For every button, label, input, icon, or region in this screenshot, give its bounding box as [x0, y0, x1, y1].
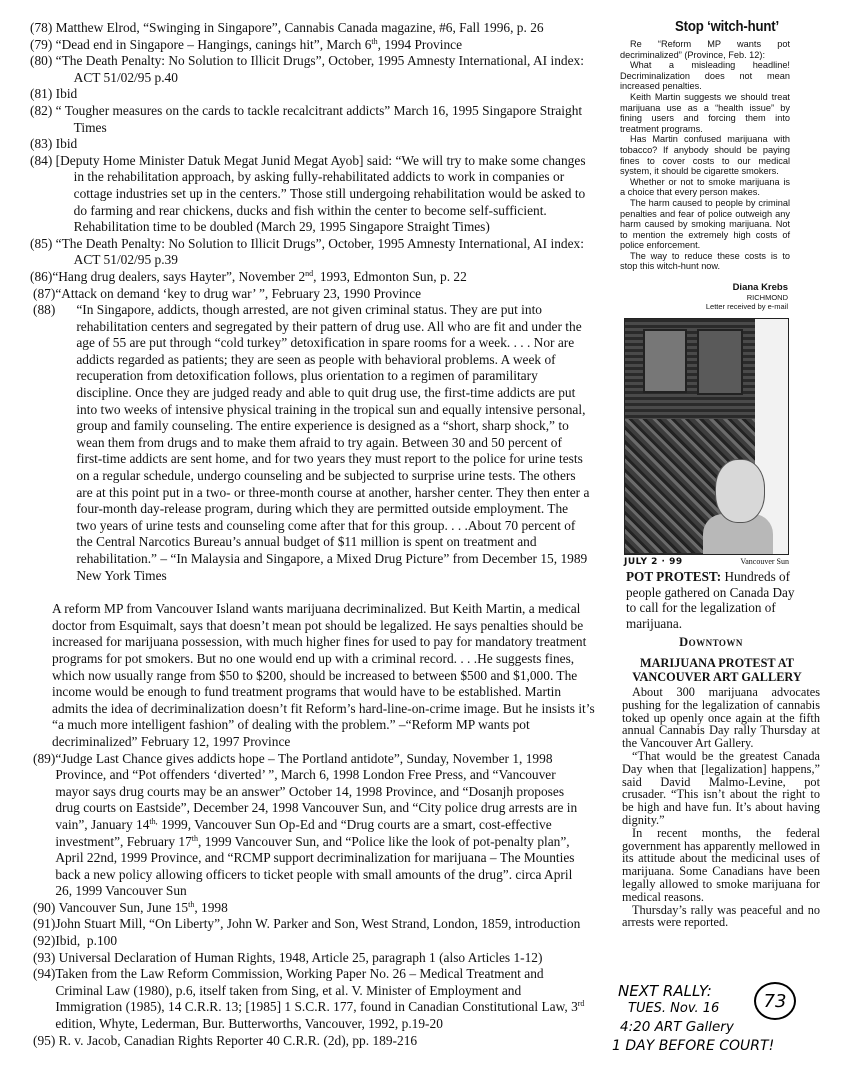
- footnotes-column: (78) Matthew Elrod, “Swinging in Singapo…: [30, 20, 590, 1049]
- letter-signature: Diana Krebs RICHMOND Letter received by …: [616, 282, 788, 311]
- protest-photo: [624, 318, 789, 555]
- handwritten-line: NEXT RALLY:: [618, 982, 712, 1000]
- footnote-text: Ibid: [56, 136, 590, 153]
- photo-credit-line: JULY 2 · 99 Vancouver Sun: [624, 557, 789, 567]
- letter-paragraph: Has Martin confused marijuana with tobac…: [620, 134, 790, 176]
- footnote-88: (88)“In Singapore, addicts, though arres…: [33, 302, 590, 584]
- footnote-number: (92): [33, 933, 55, 950]
- footnote-83: (83) Ibid: [30, 136, 590, 153]
- circled-page-number: 73: [754, 982, 796, 1020]
- footnote-78: (78) Matthew Elrod, “Swinging in Singapo…: [30, 20, 590, 37]
- handwritten-line: 1 DAY BEFORE COURT!: [612, 1038, 774, 1054]
- footnote-81: (81) Ibid: [30, 86, 590, 103]
- footnote-92: (92)Ibid, p.100: [33, 933, 590, 950]
- letter-paragraph: The way to reduce these costs is to stop…: [620, 251, 790, 272]
- article-paragraph: “That would be the greatest Canada Day w…: [622, 750, 820, 827]
- letter-paragraph: Whether or not to smoke marijuana is a c…: [620, 177, 790, 198]
- footnote-number: (89): [33, 751, 55, 900]
- ordinal-suffix: rd: [578, 999, 585, 1008]
- footnote-text: R. v. Jacob, Canadian Rights Reporter 40…: [59, 1033, 590, 1050]
- footnote-number: (79): [30, 37, 52, 54]
- author-city: RICHMOND: [616, 293, 788, 302]
- letter-source: Letter received by e-mail: [616, 302, 788, 311]
- footnote-text: Taken from the Law Reform Commission, Wo…: [55, 966, 590, 1032]
- footnote-93: (93) Universal Declaration of Human Righ…: [33, 950, 590, 967]
- footnote-90: (90) Vancouver Sun, June 15th, 1998: [33, 900, 590, 917]
- section-label: Downtown: [616, 635, 806, 650]
- caption-lead: POT PROTEST:: [626, 569, 721, 584]
- footnote-text: “In Singapore, addicts, though arrested,…: [55, 302, 590, 584]
- footnote-number: (88): [33, 302, 55, 584]
- author-name: Diana Krebs: [616, 282, 788, 293]
- footnote-text: “Attack on demand ‘key to drug war’ ”, F…: [55, 286, 590, 303]
- letter-paragraph: Keith Martin suggests we should treat ma…: [620, 92, 790, 134]
- footnote-79: (79) “Dead end in Singapore – Hangings, …: [30, 37, 590, 54]
- footnote-text-part: , 1998: [194, 900, 227, 915]
- footnote-text-part: Vancouver Sun, June 15: [55, 900, 188, 915]
- footnote-text: Ibid: [56, 86, 590, 103]
- footnote-number: (84): [30, 153, 52, 236]
- footnote-95: (95) R. v. Jacob, Canadian Rights Report…: [33, 1033, 590, 1050]
- photo-caption: POT PROTEST: Hundreds of people gathered…: [626, 569, 796, 631]
- footnote-80: (80) “The Death Penalty: No Solution to …: [30, 53, 590, 86]
- handwritten-line: TUES. Nov. 16: [628, 1001, 719, 1016]
- quoted-paragraph: A reform MP from Vancouver Island wants …: [52, 601, 597, 750]
- footnote-text-part: “Hang drug dealers, says Hayter”, Novemb…: [52, 269, 305, 284]
- footnote-91: (91)John Stuart Mill, “On Liberty”, John…: [33, 916, 590, 933]
- article-paragraph: Thursday’s rally was peaceful and no arr…: [622, 904, 820, 930]
- footnote-number: (87): [33, 286, 55, 303]
- ordinal-suffix: nd: [305, 269, 313, 278]
- footnote-85: (85) “The Death Penalty: No Solution to …: [30, 236, 590, 269]
- footnote-94: (94)Taken from the Law Reform Commission…: [33, 966, 590, 1032]
- footnote-number: (93): [33, 950, 55, 967]
- footnote-text: Universal Declaration of Human Rights, 1…: [55, 950, 590, 967]
- footnote-text: Matthew Elrod, “Swinging in Singapore”, …: [56, 20, 590, 37]
- footnote-text-part: Taken from the Law Reform Commission, Wo…: [55, 966, 577, 1014]
- footnote-84: (84) [Deputy Home Minister Datuk Megat J…: [30, 153, 590, 236]
- girl-face: [715, 459, 765, 523]
- footnote-number: (86): [30, 269, 52, 286]
- footnote-text: “Dead end in Singapore – Hangings, canin…: [56, 37, 590, 54]
- footnote-number: (80): [30, 53, 52, 86]
- footnote-number: (78): [30, 20, 52, 37]
- footnote-text-part: “In Singapore, addicts, though arrested,…: [76, 302, 589, 583]
- footnote-87: (87)“Attack on demand ‘key to drug war’ …: [33, 286, 590, 303]
- footnote-text: [Deputy Home Minister Datuk Megat Junid …: [56, 153, 590, 236]
- footnote-text: “Hang drug dealers, says Hayter”, Novemb…: [52, 269, 590, 286]
- inset-paragraph: A reform MP from Vancouver Island wants …: [52, 601, 597, 750]
- footnote-number: (94): [33, 966, 55, 1032]
- clippings-column: Stop ‘witch-hunt’ Re “Reform MP wants po…: [616, 18, 838, 929]
- handwritten-date: JULY 2 · 99: [624, 557, 683, 567]
- news-article: About 300 marijuana advocates pushing fo…: [622, 686, 820, 929]
- building-window: [643, 329, 687, 393]
- footnote-text-part: , 1993, Edmonton Sun, p. 22: [313, 269, 467, 284]
- letter-paragraph: What a misleading headline! Decriminaliz…: [620, 60, 790, 92]
- footnote-number: (85): [30, 236, 52, 269]
- building-window: [697, 329, 743, 395]
- footnote-text: “ Tougher measures on the cards to tackl…: [56, 103, 590, 136]
- footnote-82: (82) “ Tougher measures on the cards to …: [30, 103, 590, 136]
- footnote-86: (86)“Hang drug dealers, says Hayter”, No…: [30, 269, 590, 286]
- article-paragraph: About 300 marijuana advocates pushing fo…: [622, 686, 820, 750]
- ordinal-suffix: th,: [149, 817, 157, 826]
- letter-paragraph: The harm caused to people by criminal pe…: [620, 198, 790, 251]
- footnote-text: “The Death Penalty: No Solution to Illic…: [56, 53, 590, 86]
- footnote-number: (95): [33, 1033, 55, 1050]
- article-paragraph: In recent months, the federal government…: [622, 827, 820, 904]
- handwritten-line: 4:20 ART Gallery: [620, 1019, 734, 1035]
- footnote-number: (90): [33, 900, 55, 917]
- footnote-text: “The Death Penalty: No Solution to Illic…: [56, 236, 590, 269]
- footnote-number: (82): [30, 103, 52, 136]
- footnote-number: (91): [33, 916, 55, 933]
- footnote-text: Ibid, p.100: [55, 933, 590, 950]
- handwritten-note: NEXT RALLY: TUES. Nov. 16 4:20 ART Galle…: [612, 982, 842, 1082]
- footnote-number: (81): [30, 86, 52, 103]
- footnote-number: (83): [30, 136, 52, 153]
- letter-to-editor: Re “Reform MP wants pot decriminalized” …: [620, 39, 790, 272]
- footnote-text: Vancouver Sun, June 15th, 1998: [55, 900, 590, 917]
- footnote-89: (89)“Judge Last Chance gives addicts hop…: [33, 751, 590, 900]
- footnote-text: “Judge Last Chance gives addicts hope – …: [55, 751, 590, 900]
- letter-paragraph: Re “Reform MP wants pot decriminalized” …: [620, 39, 790, 60]
- letter-title: Stop ‘witch-hunt’: [629, 18, 824, 35]
- footnote-text-part: edition, Whyte, Lederman, Bur. Butterwor…: [55, 1016, 443, 1031]
- footnote-text: John Stuart Mill, “On Liberty”, John W. …: [55, 916, 590, 933]
- article-headline: MARIJUANA PROTEST AT VANCOUVER ART GALLE…: [616, 656, 818, 684]
- footnote-text-part: “Dead end in Singapore – Hangings, canin…: [56, 37, 372, 52]
- footnote-text-part: , 1994 Province: [378, 37, 462, 52]
- photo-credit: Vancouver Sun: [740, 557, 789, 567]
